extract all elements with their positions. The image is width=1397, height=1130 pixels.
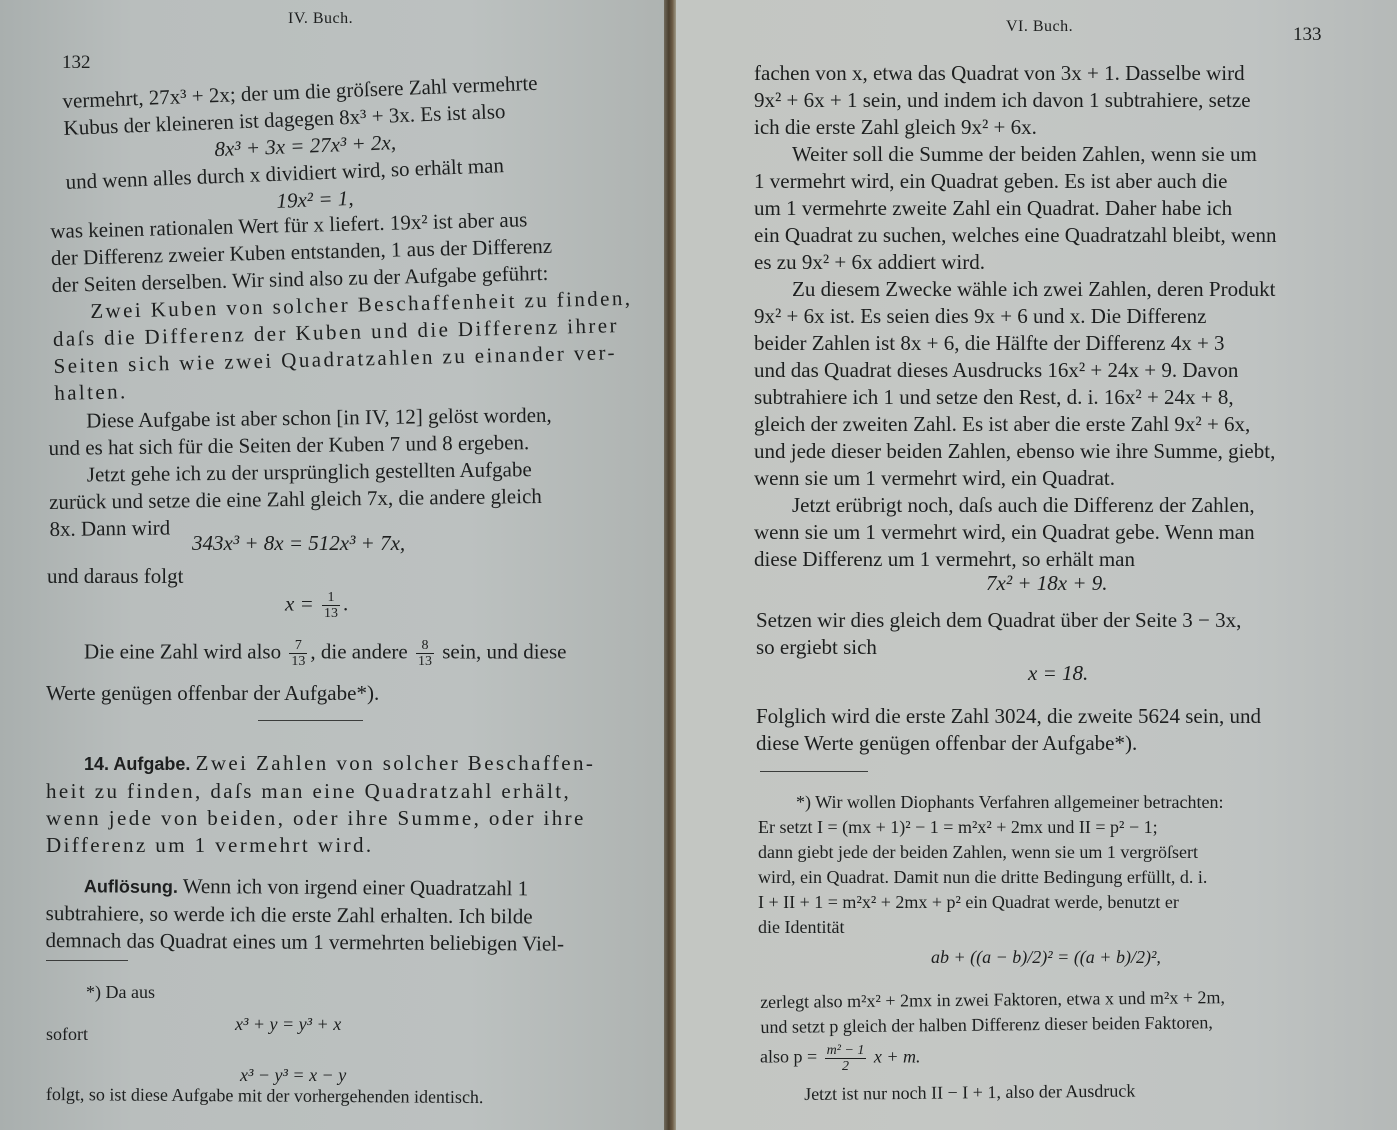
text: also p = bbox=[760, 1047, 817, 1067]
text-line: Folglich wird die erste Zahl 3024, die z… bbox=[756, 703, 1366, 730]
footnote-line: *) Wir wollen Diophants Verfahren allgem… bbox=[758, 790, 1368, 815]
fraction: m² − 1 2 bbox=[825, 1043, 867, 1074]
paragraph: Setzen wir dies gleich dem Quadrat über … bbox=[756, 607, 1356, 661]
text-line: 1 vermehrt wird, ein Quadrat geben. Es i… bbox=[754, 168, 1354, 195]
text-line: fachen von x, etwa das Quadrat von 3x + … bbox=[754, 60, 1354, 87]
equation: 343x³ + 8x = 512x³ + 7x, bbox=[192, 530, 405, 557]
text-line: Zu diesem Zwecke wähle ich zwei Zahlen, … bbox=[754, 276, 1354, 303]
footnote-divider bbox=[760, 771, 868, 772]
text-line: diese Differenz um 1 vermehrt, so erhält… bbox=[754, 546, 1354, 573]
fraction: 8 13 bbox=[416, 638, 434, 669]
text-line: Differenz um 1 vermehrt wird. bbox=[46, 832, 626, 859]
equation: x = 1 13 . bbox=[285, 590, 348, 621]
numerator: 8 bbox=[416, 638, 434, 654]
page-number: 133 bbox=[1293, 24, 1322, 46]
denominator: 13 bbox=[289, 654, 307, 669]
equation: 7x² + 18x + 9. bbox=[986, 570, 1108, 597]
text-line: ein Quadrat zu suchen, welches eine Quad… bbox=[754, 222, 1354, 249]
text-line: und daraus folgt bbox=[47, 563, 183, 590]
numerator: 7 bbox=[289, 638, 307, 654]
text: x + m. bbox=[874, 1047, 921, 1067]
footnote-line: dann giebt jede der beiden Zahlen, wenn … bbox=[758, 840, 1368, 865]
footnote: zerlegt also m²x² + 2mx in zwei Faktoren… bbox=[760, 984, 1380, 1040]
problem-label: 14. Aufgabe. bbox=[84, 754, 190, 774]
equation-lhs: x = bbox=[285, 591, 314, 615]
text: Zwei Zahlen von solcher Beschaffen- bbox=[196, 751, 596, 775]
text-line: Jetzt erübrigt noch, daſs auch die Diffe… bbox=[754, 492, 1354, 519]
numerator: 1 bbox=[322, 590, 340, 606]
identity-equation: ab + ((a − b)/2)² = ((a + b)/2)², bbox=[931, 945, 1161, 970]
text-line: heit zu finden, daſs man eine Quadratzah… bbox=[46, 778, 626, 805]
text-line: wenn sie um 1 vermehrt wird, ein Quadrat… bbox=[754, 465, 1354, 492]
footnote-line: Jetzt ist nur noch II − I + 1, also der … bbox=[804, 1079, 1135, 1107]
text-line: Setzen wir dies gleich dem Quadrat über … bbox=[756, 607, 1356, 634]
footnote-line: I + II + 1 = m²x² + 2mx + p² ein Quadrat… bbox=[758, 890, 1368, 915]
denominator: 13 bbox=[416, 654, 434, 669]
paragraph: Diese Aufgabe ist aber schon [in IV, 12]… bbox=[48, 401, 625, 543]
text-line: 14. Aufgabe. Zwei Zahlen von solcher Bes… bbox=[46, 750, 626, 778]
text-line: wenn sie um 1 vermehrt wird, ein Quadrat… bbox=[754, 519, 1354, 546]
solution-label: Auflösung. bbox=[84, 876, 178, 897]
text: , die andere bbox=[310, 639, 407, 663]
solution: Auflösung. Wenn ich von irgend einer Qua… bbox=[45, 872, 631, 958]
footnote-line: Er setzt I = (mx + 1)² − 1 = m²x² + 2mx … bbox=[758, 815, 1368, 840]
text-line: Auflösung. Wenn ich von irgend einer Qua… bbox=[46, 872, 631, 904]
numerator: m² − 1 bbox=[825, 1043, 867, 1059]
text-line: Weiter soll die Summe der beiden Zahlen,… bbox=[754, 141, 1354, 168]
footnote-line: und setzt p gleich der halben Differenz … bbox=[760, 1009, 1380, 1040]
text: Wenn ich von irgend einer Quadratzahl 1 bbox=[183, 874, 529, 900]
footnote-equation: x³ + y = y³ + x bbox=[235, 1012, 341, 1037]
text-line: so ergiebt sich bbox=[756, 634, 1356, 661]
footnote-text: sofort bbox=[46, 1022, 88, 1047]
result-line: Die eine Zahl wird also 7 13 , die ander… bbox=[84, 638, 644, 669]
text-line: Werte genügen offenbar der Aufgabe*). bbox=[46, 680, 379, 707]
text-line: subtrahiere ich 1 und setze den Rest, d.… bbox=[754, 384, 1354, 411]
footnote-text: folgt, so ist diese Aufgabe mit der vorh… bbox=[46, 1082, 484, 1110]
fraction: 7 13 bbox=[289, 638, 307, 669]
footnote-intro: *) Da aus bbox=[86, 980, 155, 1005]
footnote-line: die Identität bbox=[758, 915, 1368, 940]
text-line: ich die erste Zahl gleich 9x² + 6x. bbox=[754, 114, 1354, 141]
left-page: IV. Buch. 132 vermehrt, 27x³ + 2x; der u… bbox=[0, 0, 668, 1130]
text-line: 9x² + 6x + 1 sein, und indem ich davon 1… bbox=[754, 87, 1354, 114]
footnote-line: wird, ein Quadrat. Damit nun die dritte … bbox=[758, 865, 1368, 890]
text-line: gleich der zweiten Zahl. Es ist aber die… bbox=[754, 411, 1354, 438]
opening-lines: vermehrt, 27x³ + 2x; der um die gröſsere… bbox=[62, 67, 627, 223]
text-line: wenn jede von beiden, oder ihre Summe, o… bbox=[46, 805, 626, 832]
paragraph: fachen von x, etwa das Quadrat von 3x + … bbox=[754, 60, 1354, 573]
text-line: um 1 vermehrte zweite Zahl ein Quadrat. … bbox=[754, 195, 1354, 222]
section-divider bbox=[258, 720, 363, 721]
problem-statement: 14. Aufgabe. Zwei Zahlen von solcher Bes… bbox=[46, 750, 626, 859]
text: Die eine Zahl wird also bbox=[84, 639, 281, 663]
text-line: beider Zahlen ist 8x + 6, die Hälfte der… bbox=[754, 330, 1354, 357]
footnote-equation-line: also p = m² − 1 2 x + m. bbox=[760, 1043, 921, 1074]
footnote-divider bbox=[46, 960, 128, 961]
text-line: und jede dieser beiden Zahlen, ebenso wi… bbox=[754, 438, 1354, 465]
denominator: 13 bbox=[322, 606, 340, 621]
paragraph: was keinen rationalen Wert für x liefert… bbox=[50, 204, 624, 407]
text-line: 9x² + 6x ist. Es seien dies 9x + 6 und x… bbox=[754, 303, 1354, 330]
text-line: demnach das Quadrat eines um 1 vermehrte… bbox=[45, 927, 630, 958]
paragraph: Folglich wird die erste Zahl 3024, die z… bbox=[756, 703, 1366, 757]
footnote: *) Wir wollen Diophants Verfahren allgem… bbox=[758, 790, 1368, 940]
right-page: VI. Buch. 133 fachen von x, etwa das Qua… bbox=[676, 0, 1397, 1130]
running-head: VI. Buch. bbox=[1006, 18, 1073, 36]
text-line: subtrahiere, so werde ich die erste Zahl… bbox=[46, 900, 631, 931]
text: sein, und diese bbox=[442, 639, 566, 663]
book-gutter bbox=[664, 0, 676, 1130]
text-line: es zu 9x² + 6x addiert wird. bbox=[754, 249, 1354, 276]
equation: x = 18. bbox=[1028, 660, 1088, 687]
text-line: diese Werte genügen offenbar der Aufgabe… bbox=[756, 730, 1366, 757]
text-line: und das Quadrat dieses Ausdrucks 16x² + … bbox=[754, 357, 1354, 384]
fraction: 1 13 bbox=[322, 590, 340, 621]
denominator: 2 bbox=[825, 1059, 867, 1074]
page-number: 132 bbox=[62, 52, 91, 74]
running-head: IV. Buch. bbox=[288, 10, 353, 28]
